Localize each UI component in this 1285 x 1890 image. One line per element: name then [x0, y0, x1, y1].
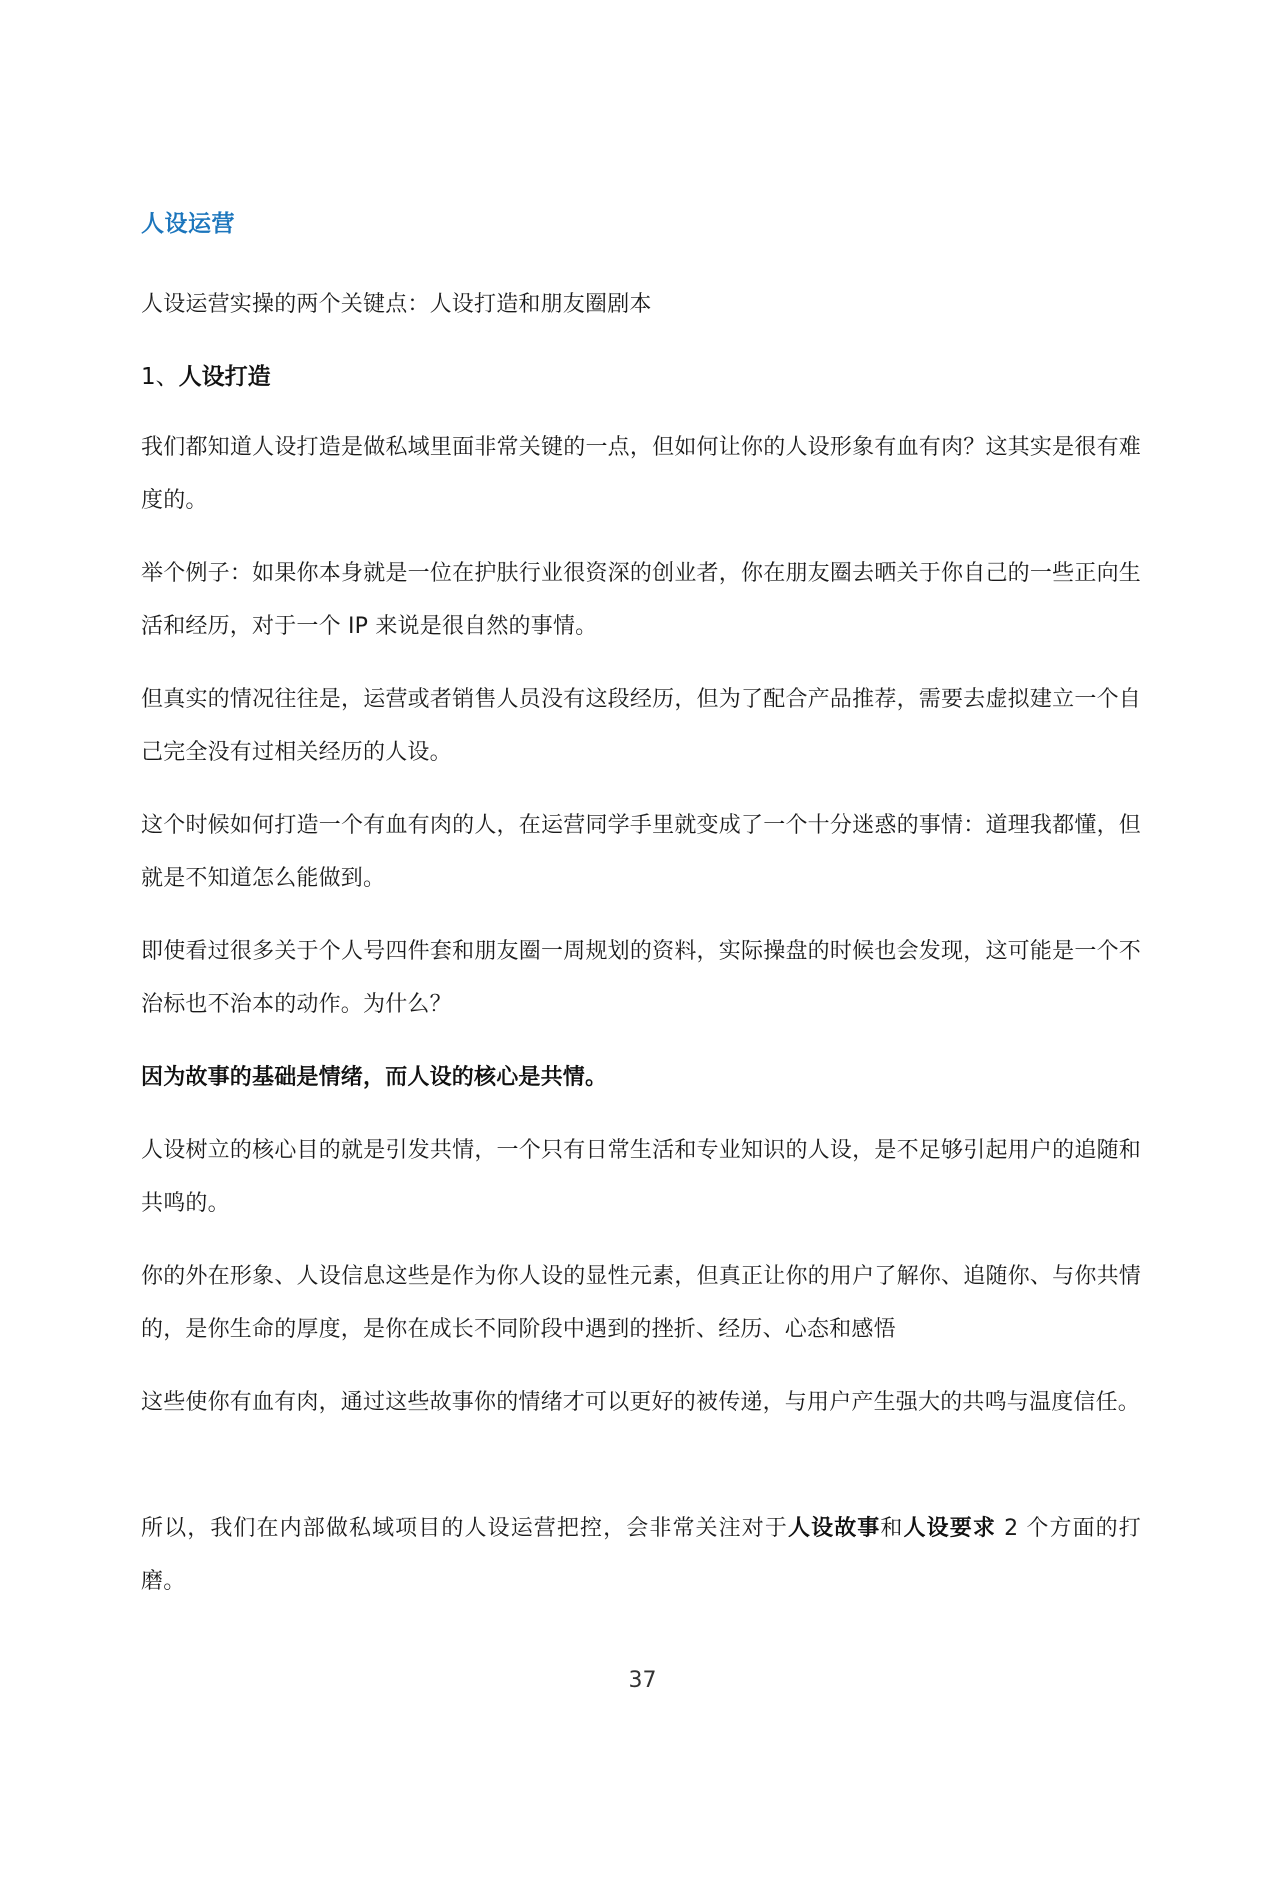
emphasis-persona-requirements: 人设要求	[904, 1516, 996, 1541]
subsection-title: 1、人设打造	[141, 358, 271, 391]
bold-statement: 因为故事的基础是情绪，而人设的核心是共情。	[141, 1051, 1141, 1104]
emphasis-persona-story: 人设故事	[788, 1516, 880, 1541]
intro-paragraph: 人设运营实操的两个关键点：人设打造和朋友圈剧本	[141, 278, 1141, 331]
section-title: 人设运营	[141, 205, 235, 238]
paragraph: 我们都知道人设打造是做私域里面非常关键的一点，但如何让你的人设形象有血有肉？这其…	[141, 421, 1141, 527]
paragraph: 人设树立的核心目的就是引发共情，一个只有日常生活和专业知识的人设，是不足够引起用…	[141, 1124, 1141, 1230]
paragraph: 这些使你有血有肉，通过这些故事你的情绪才可以更好的被传递，与用户产生强大的共鸣与…	[141, 1376, 1141, 1429]
subsection-number: 1、	[141, 364, 179, 390]
closing-text: 和	[880, 1516, 903, 1541]
closing-paragraph: 所以，我们在内部做私域项目的人设运营把控，会非常关注对于人设故事和人设要求 2 …	[141, 1502, 1141, 1608]
subsection-label: 人设打造	[179, 364, 271, 390]
page-number: 37	[0, 1668, 1285, 1693]
paragraph: 即使看过很多关于个人号四件套和朋友圈一周规划的资料，实际操盘的时候也会发现，这可…	[141, 925, 1141, 1031]
closing-text: 所以，我们在内部做私域项目的人设运营把控，会非常关注对于	[141, 1516, 788, 1541]
paragraph: 但真实的情况往往是，运营或者销售人员没有这段经历，但为了配合产品推荐，需要去虚拟…	[141, 673, 1141, 779]
paragraph: 你的外在形象、人设信息这些是作为你人设的显性元素，但真正让你的用户了解你、追随你…	[141, 1250, 1141, 1356]
paragraph: 举个例子：如果你本身就是一位在护肤行业很资深的创业者，你在朋友圈去晒关于你自己的…	[141, 547, 1141, 653]
paragraph: 这个时候如何打造一个有血有肉的人，在运营同学手里就变成了一个十分迷惑的事情：道理…	[141, 799, 1141, 905]
